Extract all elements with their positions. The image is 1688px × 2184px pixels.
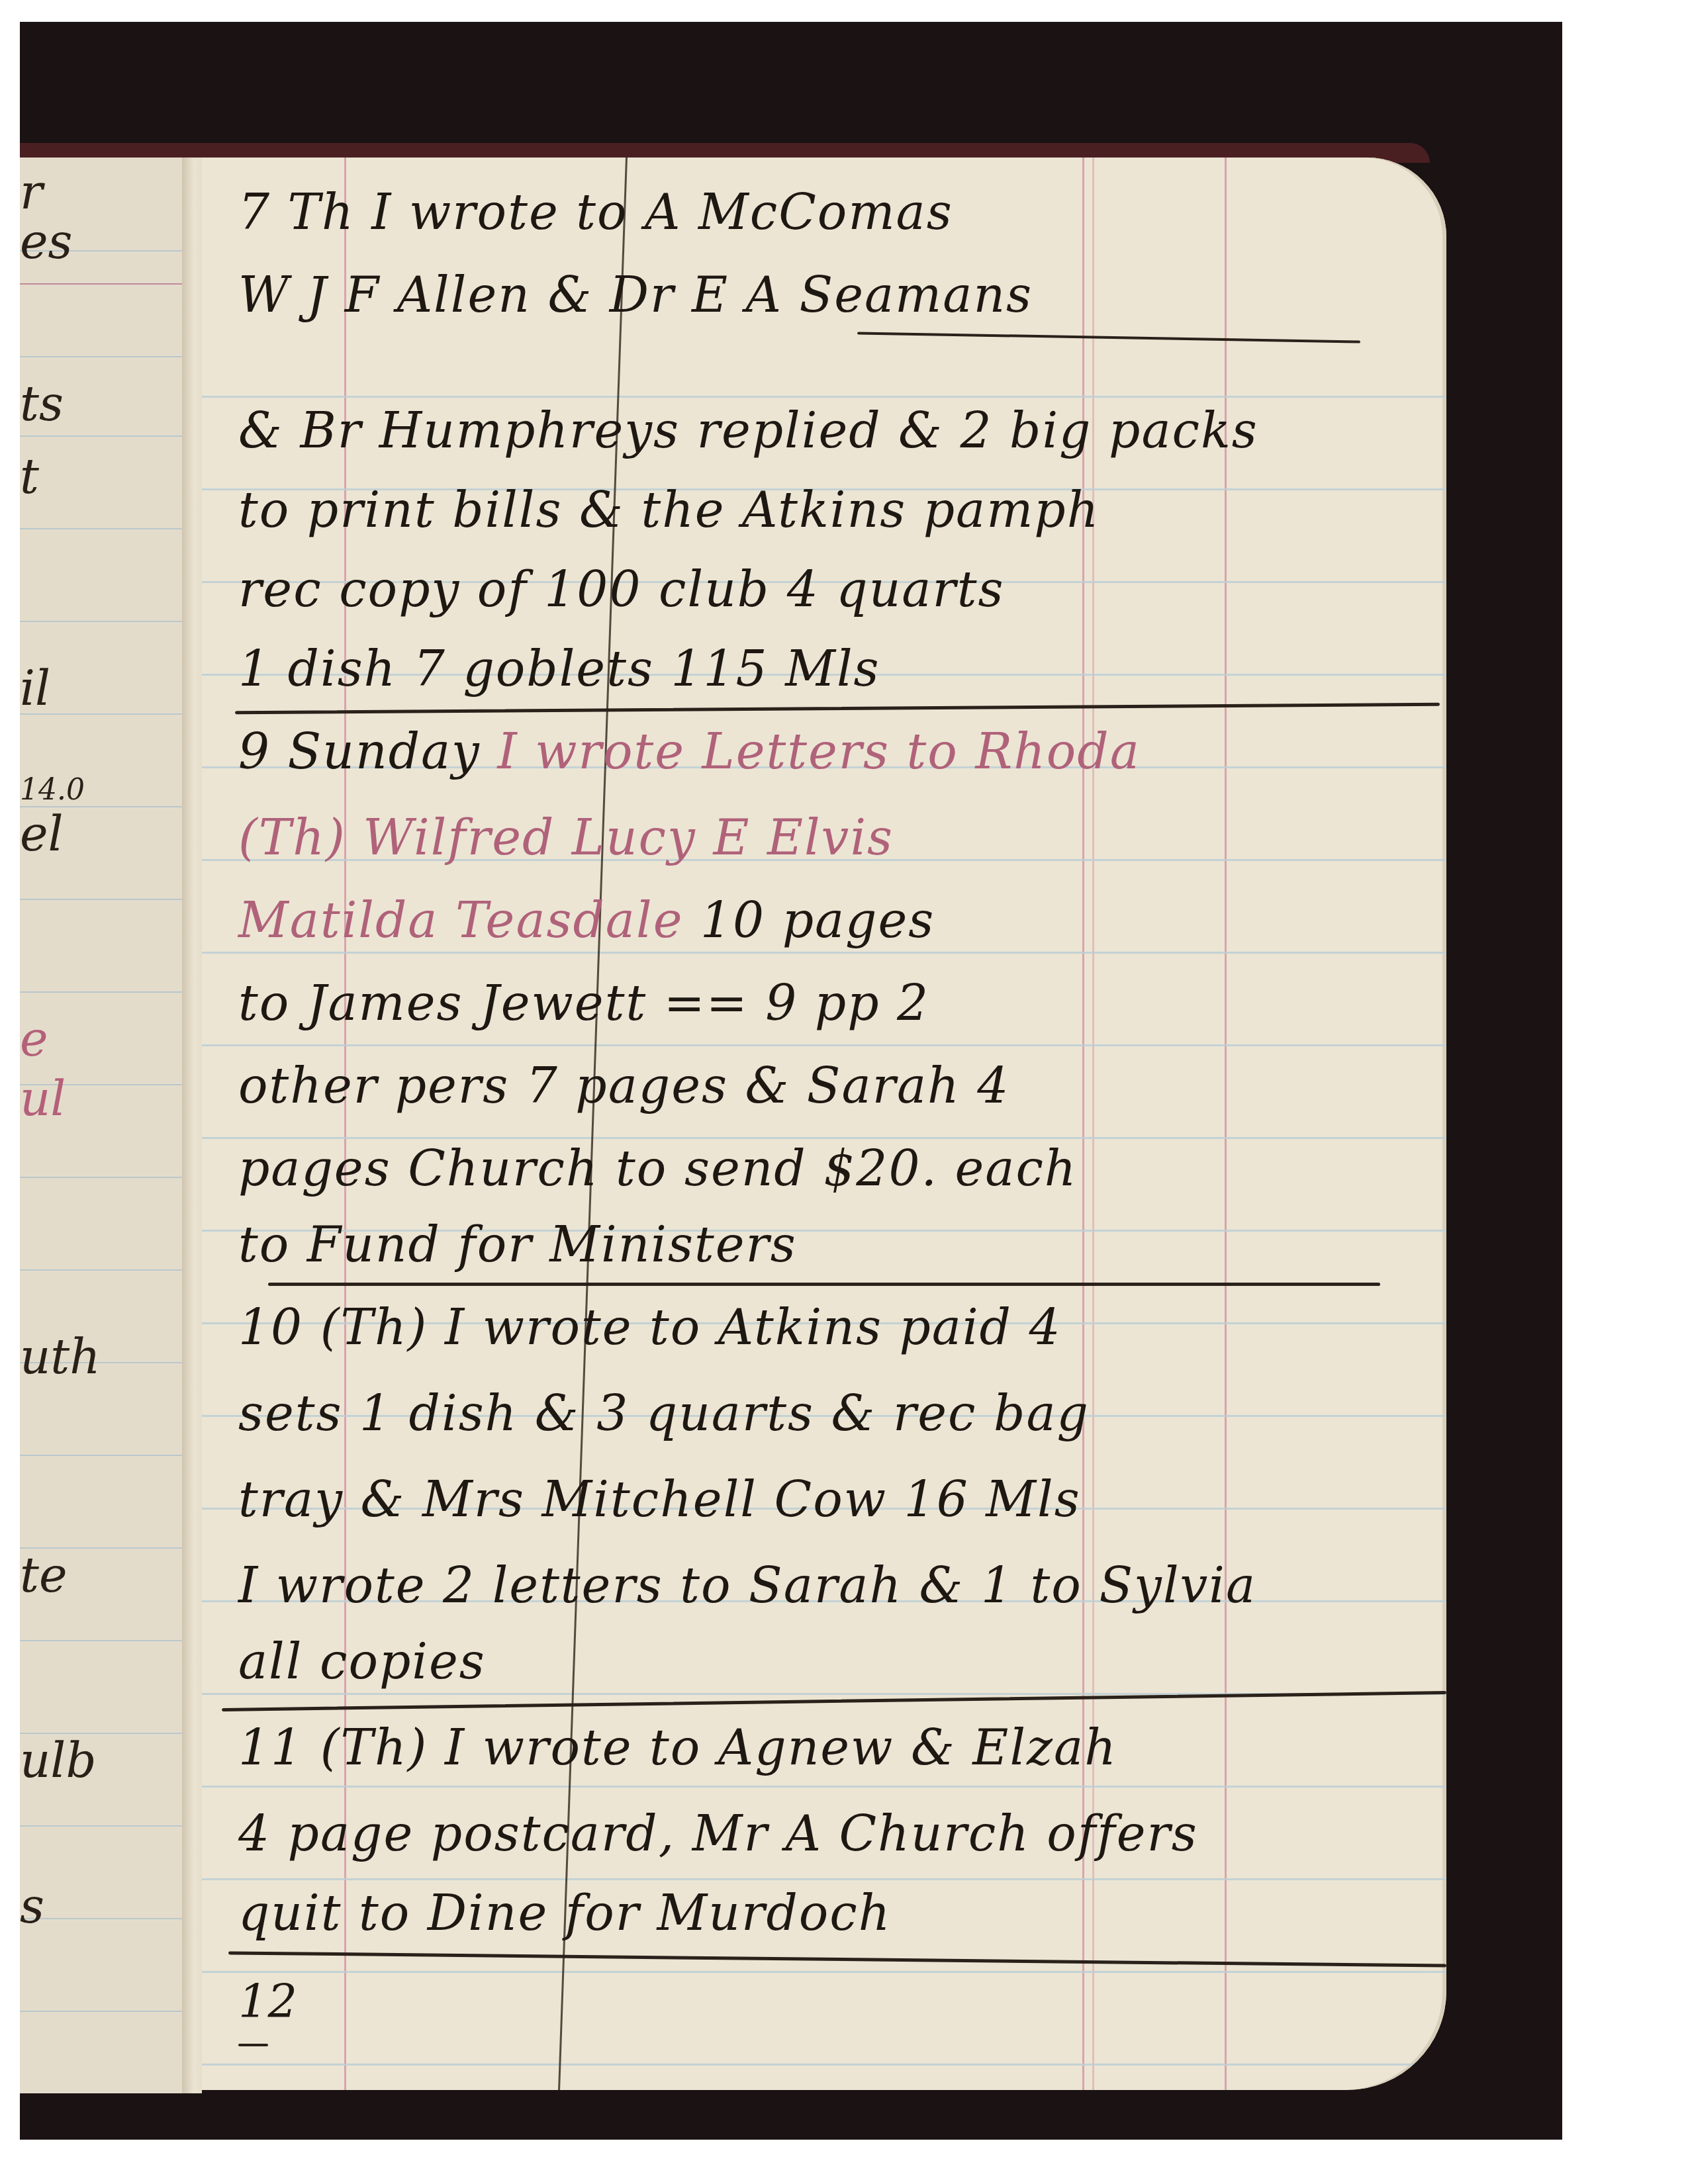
entry-line: & Br Humphreys replied & 2 big packs	[238, 402, 1258, 459]
left-fragment: e	[20, 1011, 48, 1067]
entry-line: W J F Allen & Dr E A Seamans	[238, 267, 1033, 324]
red-ink-text: Matilda Teasdale	[238, 892, 683, 949]
ruled-line	[20, 435, 182, 437]
entry-line: to Fund for Ministers	[238, 1216, 797, 1273]
entry-line: to print bills & the Atkins pamph	[238, 482, 1100, 539]
left-fragment: 14.0	[20, 773, 85, 807]
ruled-line	[20, 1455, 182, 1456]
entry-line: all copies	[238, 1633, 486, 1690]
entry-line: 7 Th I wrote to A McComas	[238, 184, 953, 241]
entry-divider	[228, 1951, 1446, 1967]
page-gutter	[182, 158, 202, 2093]
ruled-line	[202, 1971, 1446, 1973]
entry-line: quit to Dine for Murdoch	[238, 1885, 891, 1942]
entry-line: 10 (Th) I wrote to Atkins paid 4	[238, 1299, 1062, 1356]
left-fragment: r	[20, 164, 42, 220]
entry-line: rec copy of 100 club 4 quarts	[238, 561, 1005, 618]
entry-date: 9	[238, 723, 271, 780]
left-fragment: el	[20, 806, 64, 862]
left-fragment: uth	[20, 1329, 101, 1385]
left-fragment: s	[20, 1878, 44, 1934]
ruled-line	[202, 1786, 1446, 1788]
ruled-line	[20, 2011, 182, 2012]
ruled-line	[20, 356, 182, 357]
left-fragment: ul	[20, 1071, 66, 1126]
left-fragment: ulb	[20, 1733, 97, 1788]
entry-line: tray & Mrs Mitchell Cow 16 Mls	[238, 1471, 1081, 1528]
red-ink-text: I wrote Letters to Rhoda	[497, 723, 1140, 780]
entry-line: other pers 7 pages & Sarah 4	[238, 1058, 1009, 1115]
entry-divider	[235, 703, 1440, 715]
entry-line: I wrote 2 letters to Sarah & 1 to Sylvia	[238, 1557, 1256, 1614]
left-page-fragment: r es ts t il 14.0 el e ul uth te ulb s	[20, 158, 182, 2093]
ruled-line	[202, 2064, 1446, 2066]
ruled-line	[20, 991, 182, 993]
left-fragment: ts	[20, 376, 64, 432]
ruled-line	[202, 1137, 1446, 1139]
entry-divider	[268, 1283, 1380, 1286]
ruled-line	[202, 1878, 1446, 1880]
left-fragment: t	[20, 449, 39, 504]
page-number: 12	[238, 1974, 297, 2028]
entry-line: pages Church to send $20. each	[238, 1140, 1078, 1197]
ruled-line	[20, 1177, 182, 1178]
entry-line: sets 1 dish & 3 quarts & rec bag	[238, 1385, 1090, 1442]
entry-line: 1 dish 7 goblets 115 Mls	[238, 641, 880, 698]
ruled-line	[20, 621, 182, 622]
ruled-line	[20, 1825, 182, 1827]
scan-background: r es ts t il 14.0 el e ul uth te ulb s	[20, 22, 1562, 2140]
ruled-line-red	[20, 283, 182, 285]
left-fragment: te	[20, 1547, 68, 1603]
ruled-line	[202, 1044, 1446, 1046]
entry-line: 9 Sunday I wrote Letters to Rhoda	[238, 723, 1141, 780]
entry-line: to James Jewett == 9 pp 2	[238, 975, 929, 1032]
left-fragment: il	[20, 660, 50, 716]
entry-line: 11 (Th) I wrote to Agnew & Elzah	[238, 1719, 1117, 1776]
page-number-mark	[238, 2044, 268, 2046]
ruled-line	[20, 899, 182, 900]
ruled-line	[20, 1269, 182, 1271]
ruled-line	[202, 396, 1446, 398]
entry-line-red: (Th) Wilfred Lucy E Elvis	[238, 809, 894, 866]
ruled-line	[20, 1640, 182, 1641]
ruled-line	[202, 952, 1446, 954]
entry-line: Matilda Teasdale 10 pages	[238, 892, 935, 949]
diary-page: 7 Th I wrote to A McComas W J F Allen & …	[202, 158, 1446, 2090]
left-fragment: es	[20, 214, 73, 269]
underline	[857, 332, 1360, 343]
ruled-line	[20, 528, 182, 529]
entry-line: 4 page postcard, Mr A Church offers	[238, 1805, 1198, 1862]
